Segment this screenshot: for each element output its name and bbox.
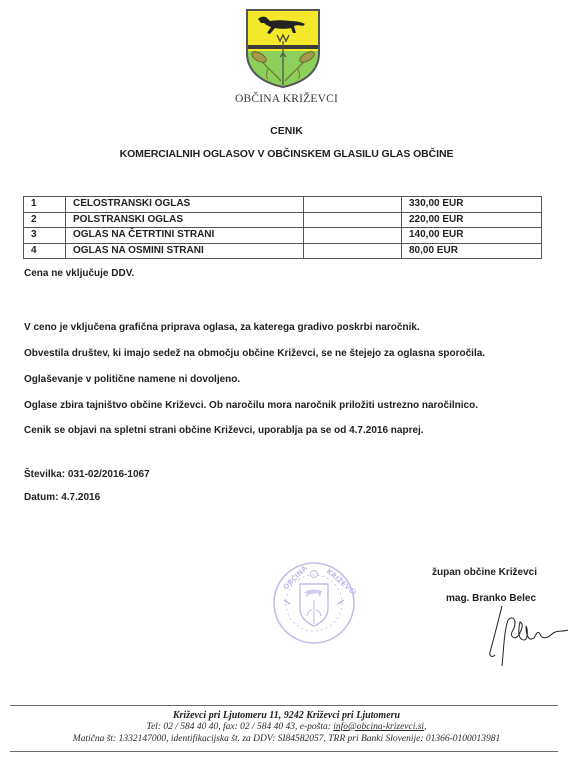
ad-type: OGLAS NA ČETRTINI STRANI xyxy=(66,228,304,244)
table-row: 3OGLAS NA ČETRTINI STRANI140,00 EUR xyxy=(24,228,542,244)
blank-cell xyxy=(304,197,402,213)
footer-contact-suffix: , xyxy=(424,722,426,732)
ad-price: 80,00 EUR xyxy=(402,243,542,259)
table-row: 2POLSTRANSKI OGLAS220,00 EUR xyxy=(24,212,542,228)
svg-text:KRIŽEVCI: KRIŽEVCI xyxy=(325,567,356,597)
ad-type: CELOSTRANSKI OGLAS xyxy=(66,197,304,213)
ad-type: POLSTRANSKI OGLAS xyxy=(66,212,304,228)
ad-price: 330,00 EUR xyxy=(402,197,542,213)
paragraph-political-ads: Oglaševanje v politične namene ni dovolj… xyxy=(24,374,240,385)
municipality-name: OBČINA KRIŽEVCI xyxy=(0,93,573,105)
footer-phone-fax: Tel: 02 / 584 40 40, fax: 02 / 584 40 43… xyxy=(147,722,334,732)
footer-bottom-rule xyxy=(10,751,558,752)
table-row: 4OGLAS NA OSMINI STRANI80,00 EUR xyxy=(24,243,542,259)
blank-cell xyxy=(304,212,402,228)
reference-number: Številka: 031-02/2016-1067 xyxy=(24,469,150,480)
coat-of-arms-icon xyxy=(244,7,322,89)
ad-price: 220,00 EUR xyxy=(402,212,542,228)
blank-cell xyxy=(304,243,402,259)
handwritten-signature-icon xyxy=(480,600,572,668)
ad-price: 140,00 EUR xyxy=(402,228,542,244)
row-number: 2 xyxy=(24,212,66,228)
document-date: Datum: 4.7.2016 xyxy=(24,492,100,503)
footer-email-link[interactable]: info@obcina-krizevci.si xyxy=(333,722,424,732)
table-row: 1CELOSTRANSKI OGLAS330,00 EUR xyxy=(24,197,542,213)
document-subtitle: KOMERCIALNIH OGLASOV V OBČINSKEM GLASILU… xyxy=(0,148,573,160)
paragraph-order-collection: Oglase zbira tajništvo občine Križevci. … xyxy=(24,400,478,411)
paragraph-societies: Obvestila društev, ki imajo sedež na obm… xyxy=(24,348,485,359)
footer-registry: Matična št: 1332147000, identifikacijska… xyxy=(0,734,573,744)
document-title: CENIK xyxy=(0,125,573,137)
row-number: 3 xyxy=(24,228,66,244)
footer-address: Križevci pri Ljutomeru 11, 9242 Križevci… xyxy=(0,710,573,721)
paragraph-publication: Cenik se objavi na spletni strani občine… xyxy=(24,425,424,436)
paragraph-graphic-design: V ceno je vključena grafična priprava og… xyxy=(24,322,420,333)
official-stamp-icon: OBČINA KRIŽEVCI xyxy=(272,560,356,646)
footer-top-rule xyxy=(10,705,558,706)
row-number: 4 xyxy=(24,243,66,259)
row-number: 1 xyxy=(24,197,66,213)
signatory-title: župan občine Križevci xyxy=(432,567,537,578)
blank-cell xyxy=(304,228,402,244)
price-table: 1CELOSTRANSKI OGLAS330,00 EUR2POLSTRANSK… xyxy=(23,196,542,259)
vat-note: Cena ne vključuje DDV. xyxy=(24,268,134,279)
footer-contact: Tel: 02 / 584 40 40, fax: 02 / 584 40 43… xyxy=(0,722,573,732)
ad-type: OGLAS NA OSMINI STRANI xyxy=(66,243,304,259)
